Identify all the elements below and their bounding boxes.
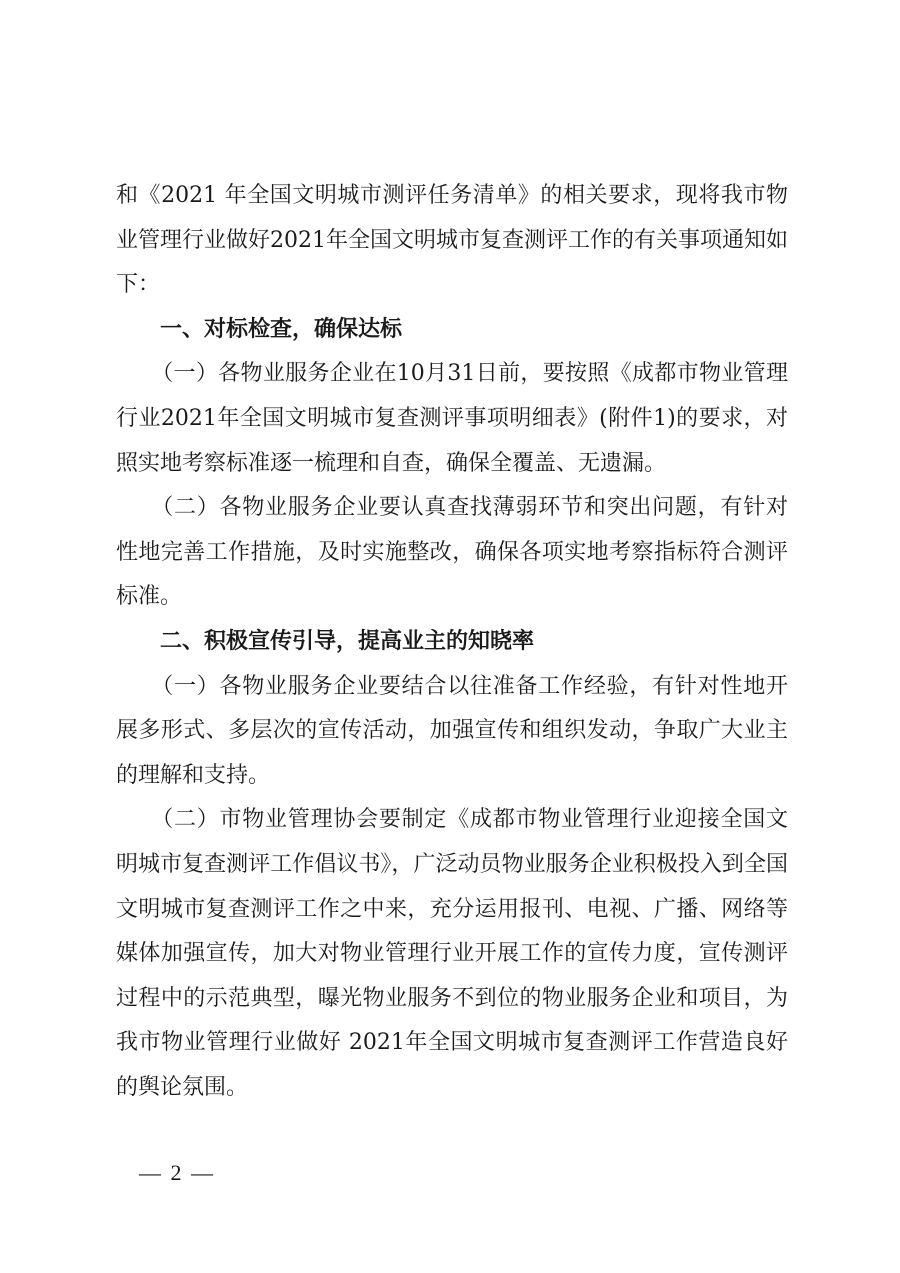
paragraph-2-2: （二）市物业管理协会要制定《成都市物业管理行业迎接全国文明城市复查测评工作倡议书…	[116, 798, 788, 1110]
page-number: — 2 —	[139, 1160, 215, 1186]
section-heading-1: 一、对标检查，确保达标	[116, 308, 788, 353]
paragraph-2-1: （一）各物业服务企业要结合以往准备工作经验，有针对性地开展多形式、多层次的宣传活…	[116, 665, 788, 799]
paragraph-1-2: （二）各物业服务企业要认真查找薄弱环节和突出问题，有针对性地完善工作措施，及时实…	[116, 486, 788, 620]
document-body: 和《2021 年全国文明城市测评任务清单》的相关要求，现将我市物业管理行业做好2…	[116, 174, 788, 1110]
section-heading-2: 二、积极宣传引导，提高业主的知晓率	[116, 620, 788, 665]
document-page: 和《2021 年全国文明城市测评任务清单》的相关要求，现将我市物业管理行业做好2…	[0, 0, 900, 1273]
paragraph-1-1: （一）各物业服务企业在10月31日前，要按照《成都市物业管理行业2021年全国文…	[116, 352, 788, 486]
intro-paragraph: 和《2021 年全国文明城市测评任务清单》的相关要求，现将我市物业管理行业做好2…	[116, 174, 788, 308]
